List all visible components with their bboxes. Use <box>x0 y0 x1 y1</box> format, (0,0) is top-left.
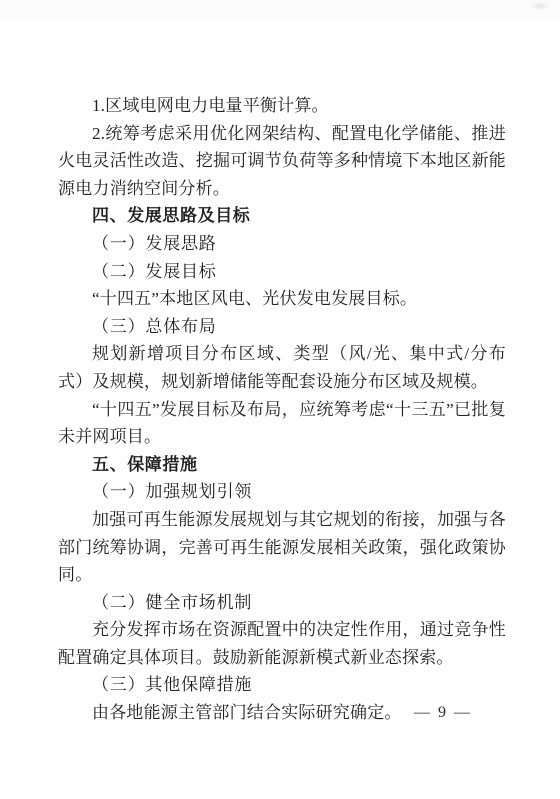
page-number: — 9 — <box>414 704 472 722</box>
subsection-heading-5-3: （三）其他保障措施 <box>58 671 506 699</box>
paragraph-14th-5yr-plan: “十四五”发展目标及布局，应统筹考虑“十三五”已批复未并网项目。 <box>58 396 506 451</box>
section-heading-5: 五、保障措施 <box>58 451 506 479</box>
section-heading-4: 四、发展思路及目标 <box>58 202 506 230</box>
numbered-item-1: 1.区域电网电力电量平衡计算。 <box>58 92 506 120</box>
paragraph-planning-lead: 加强可再生能源发展规划与其它规划的衔接，加强与各部门统筹协调，完善可再生能源发展… <box>58 506 506 589</box>
document-body: 1.区域电网电力电量平衡计算。 2.统筹考虑采用优化网架结构、配置电化学储能、推… <box>58 92 506 727</box>
subsection-heading-4-3: （三）总体布局 <box>58 313 506 341</box>
numbered-item-2: 2.统筹考虑采用优化网架结构、配置电化学储能、推进火电灵活性改造、挖掘可调节负荷… <box>58 120 506 203</box>
subsection-heading-5-2: （二）健全市场机制 <box>58 589 506 617</box>
scanned-document-page: 1.区域电网电力电量平衡计算。 2.统筹考虑采用优化网架结构、配置电化学储能、推… <box>0 0 560 799</box>
subsection-heading-5-1: （一）加强规划引领 <box>58 478 506 506</box>
paragraph-layout-plan: 规划新增项目分布区域、类型（风/光、集中式/分布式）及规模，规划新增储能等配套设… <box>58 340 506 395</box>
subsection-heading-4-2: （二）发展目标 <box>58 258 506 286</box>
subsection-heading-4-1: （一）发展思路 <box>58 230 506 258</box>
paragraph-market-mechanism: 充分发挥市场在资源配置中的决定性作用，通过竞争性配置确定具体项目。鼓励新能源新模… <box>58 616 506 671</box>
paragraph-development-goal: “十四五”本地区风电、光伏发电发展目标。 <box>58 285 506 313</box>
